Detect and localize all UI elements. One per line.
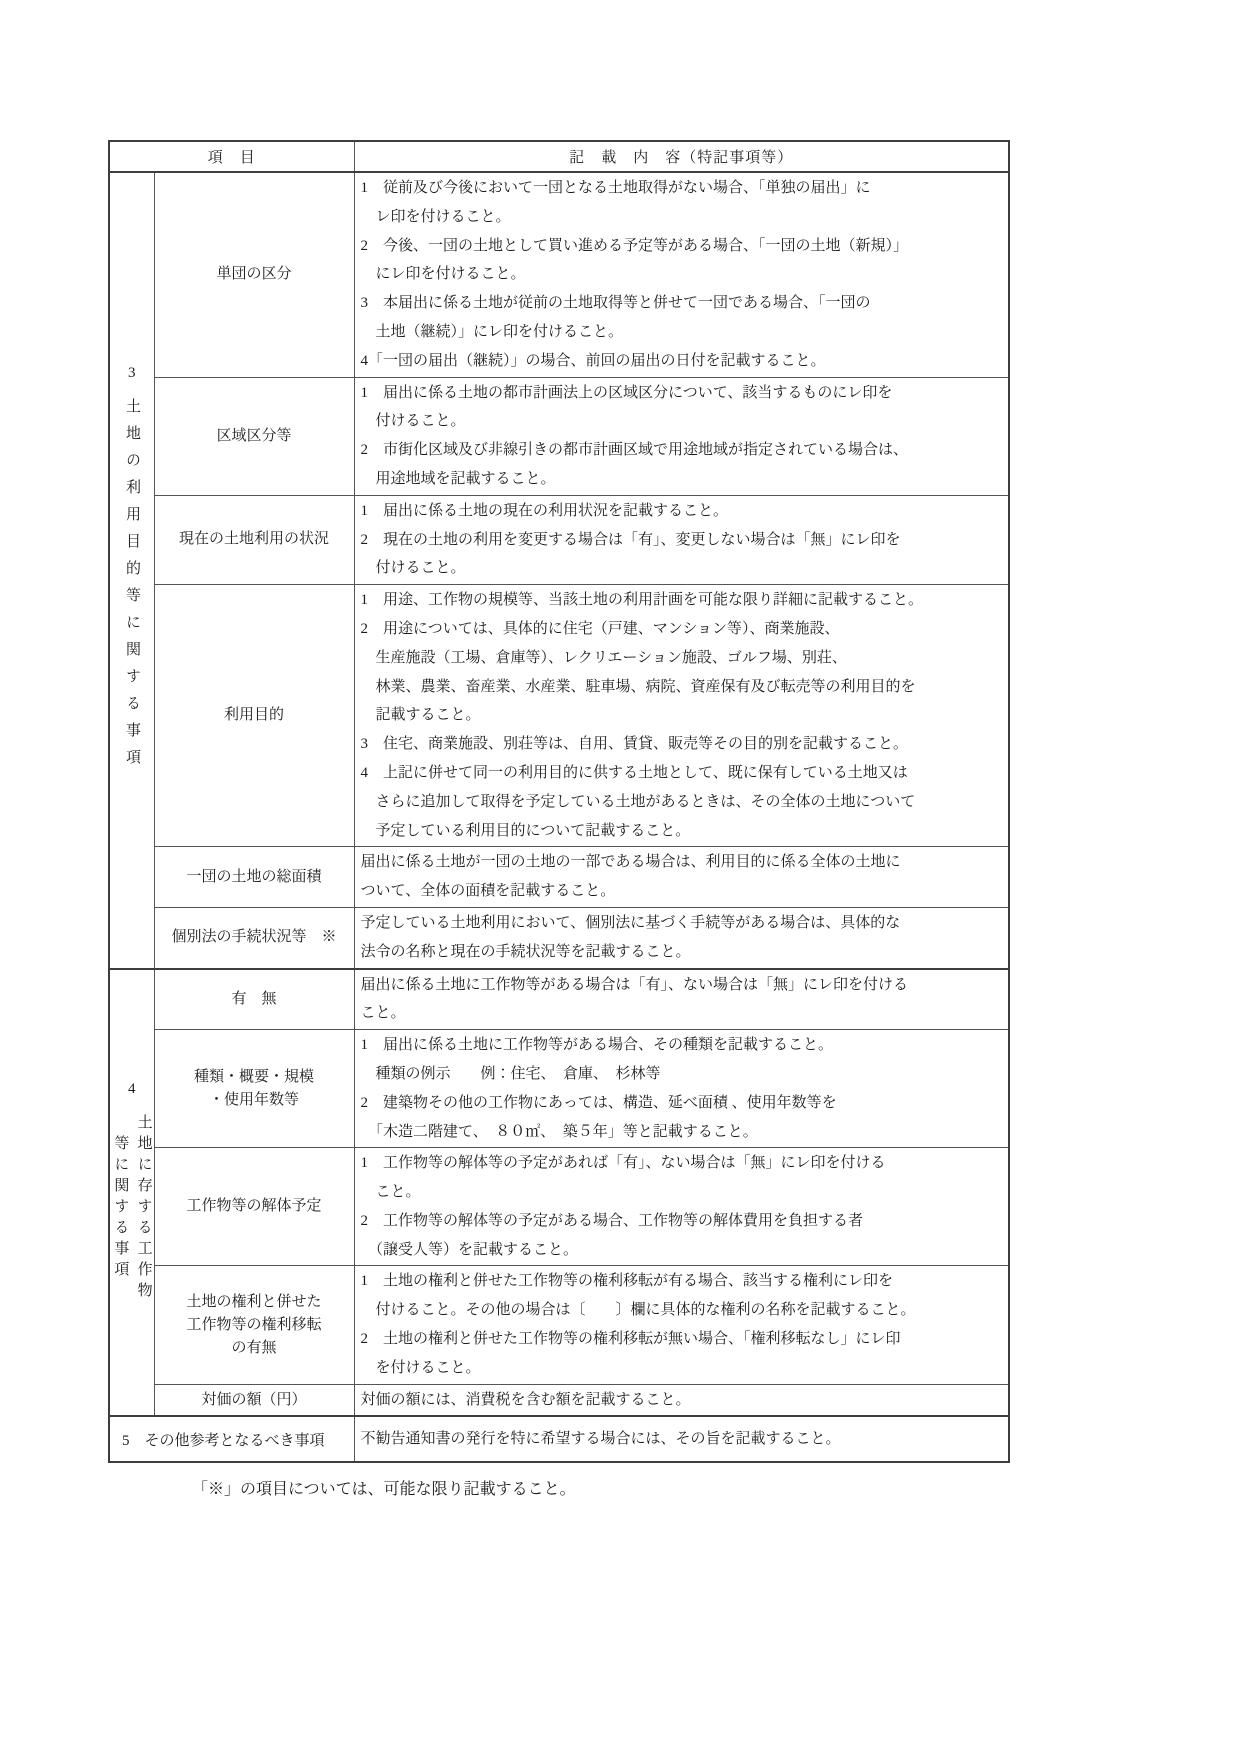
row-content: 1 届出に係る土地の現在の利用状況を記載すること。 2 現在の土地の利用を変更す… <box>354 495 1009 584</box>
row-content: 1 届出に係る土地に工作物等がある場合、その種類を記載すること。 種類の例示 例… <box>354 1030 1009 1148</box>
row-content: 予定している土地利用において、個別法に基づく手続等がある場合は、具体的な 法令の… <box>354 907 1009 968</box>
row-label: 現在の土地利用の状況 <box>154 495 354 584</box>
table-row: 個別法の手続状況等 ※ 予定している土地利用において、個別法に基づく手続等がある… <box>109 907 1009 968</box>
section3-vertical-title: 土地の利用目的等に関する事項 <box>124 398 141 776</box>
table-row: 一団の土地の総面積 届出に係る土地が一団の土地の一部である場合は、利用目的に係る… <box>109 847 1009 908</box>
section4-title-part-2: 等に関する事項 <box>112 1114 129 1303</box>
table-row: 3 土地の利用目的等に関する事項 単団の区分 1 従前及び今後において一団となる… <box>109 172 1009 377</box>
row-content: 1 従前及び今後において一団となる土地取得がない場合、「単独の届出」に レ印を付… <box>354 172 1009 377</box>
row-label: 個別法の手続状況等 ※ <box>154 907 354 968</box>
row-label: 利用目的 <box>154 585 354 847</box>
instructions-table: 項 目 記 載 内 容（特記事項等） 3 土地の利用目的等に関する事項 単団の区… <box>108 140 1010 1463</box>
table-row: 土地の権利と併せた 工作物等の権利移転 の有無 1 土地の権利と併せた工作物等の… <box>109 1266 1009 1384</box>
table-header-row: 項 目 記 載 内 容（特記事項等） <box>109 141 1009 172</box>
document-body: 項 目 記 載 内 容（特記事項等） 3 土地の利用目的等に関する事項 単団の区… <box>108 140 1010 1499</box>
section4-title-part-1: 土地に存する工作物 <box>135 1114 152 1303</box>
section4-title-cell: 4 土地に存する工作物 等に関する事項 <box>109 969 154 1417</box>
row-label: 有 無 <box>154 969 354 1030</box>
row-label: 種類・概要・規模 ・使用年数等 <box>154 1030 354 1148</box>
table-row: 種類・概要・規模 ・使用年数等 1 届出に係る土地に工作物等がある場合、その種類… <box>109 1030 1009 1148</box>
table-row: 対価の額（円） 対価の額には、消費税を含む額を記載すること。 <box>109 1384 1009 1416</box>
table-row: 5 その他参考となるべき事項 不勧告通知書の発行を特に希望する場合には、その旨を… <box>109 1416 1009 1462</box>
table-row: 工作物等の解体予定 1 工作物等の解体等の予定があれば「有」、ない場合は「無」に… <box>109 1148 1009 1266</box>
row-content: 1 工作物等の解体等の予定があれば「有」、ない場合は「無」にレ印を付ける こと。… <box>354 1148 1009 1266</box>
row-content: 1 土地の権利と併せた工作物等の権利移転が有る場合、該当する権利にレ印を 付ける… <box>354 1266 1009 1384</box>
row-label: 対価の額（円） <box>154 1384 354 1416</box>
header-content-cell: 記 載 内 容（特記事項等） <box>354 141 1009 172</box>
table-row: 4 土地に存する工作物 等に関する事項 有 無 届出に係る土地に工作物等がある場… <box>109 969 1009 1030</box>
footnote: 「※」の項目については、可能な限り記載すること。 <box>192 1476 1010 1499</box>
row-content: 対価の額には、消費税を含む額を記載すること。 <box>354 1384 1009 1416</box>
row-label: 土地の権利と併せた 工作物等の権利移転 の有無 <box>154 1266 354 1384</box>
section5-label-cell: 5 その他参考となるべき事項 <box>109 1416 354 1462</box>
section3-title-cell: 3 土地の利用目的等に関する事項 <box>109 172 154 969</box>
row-content: 不勧告通知書の発行を特に希望する場合には、その旨を記載すること。 <box>354 1416 1009 1462</box>
section4-number: 4 <box>110 1081 154 1098</box>
row-label: 区域区分等 <box>154 377 354 495</box>
table-row: 区域区分等 1 届出に係る土地の都市計画法上の区域区分について、該当するものにレ… <box>109 377 1009 495</box>
section3-number: 3 <box>110 365 154 382</box>
header-item-cell: 項 目 <box>109 141 354 172</box>
table-row: 利用目的 1 用途、工作物の規模等、当該土地の利用計画を可能な限り詳細に記載する… <box>109 585 1009 847</box>
row-label: 一団の土地の総面積 <box>154 847 354 908</box>
row-content: 1 用途、工作物の規模等、当該土地の利用計画を可能な限り詳細に記載すること。 2… <box>354 585 1009 847</box>
document-page: { "table": { "header": { "item": "項 目", … <box>0 0 1241 1754</box>
row-content: 1 届出に係る土地の都市計画法上の区域区分について、該当するものにレ印を 付ける… <box>354 377 1009 495</box>
section4-vertical-title: 土地に存する工作物 等に関する事項 <box>110 1114 154 1303</box>
row-label: 単団の区分 <box>154 172 354 377</box>
row-content: 届出に係る土地が一団の土地の一部である場合は、利用目的に係る全体の土地に ついて… <box>354 847 1009 908</box>
table-row: 現在の土地利用の状況 1 届出に係る土地の現在の利用状況を記載すること。 2 現… <box>109 495 1009 584</box>
row-label: 工作物等の解体予定 <box>154 1148 354 1266</box>
row-content: 届出に係る土地に工作物等がある場合は「有」、ない場合は「無」にレ印を付ける こと… <box>354 969 1009 1030</box>
